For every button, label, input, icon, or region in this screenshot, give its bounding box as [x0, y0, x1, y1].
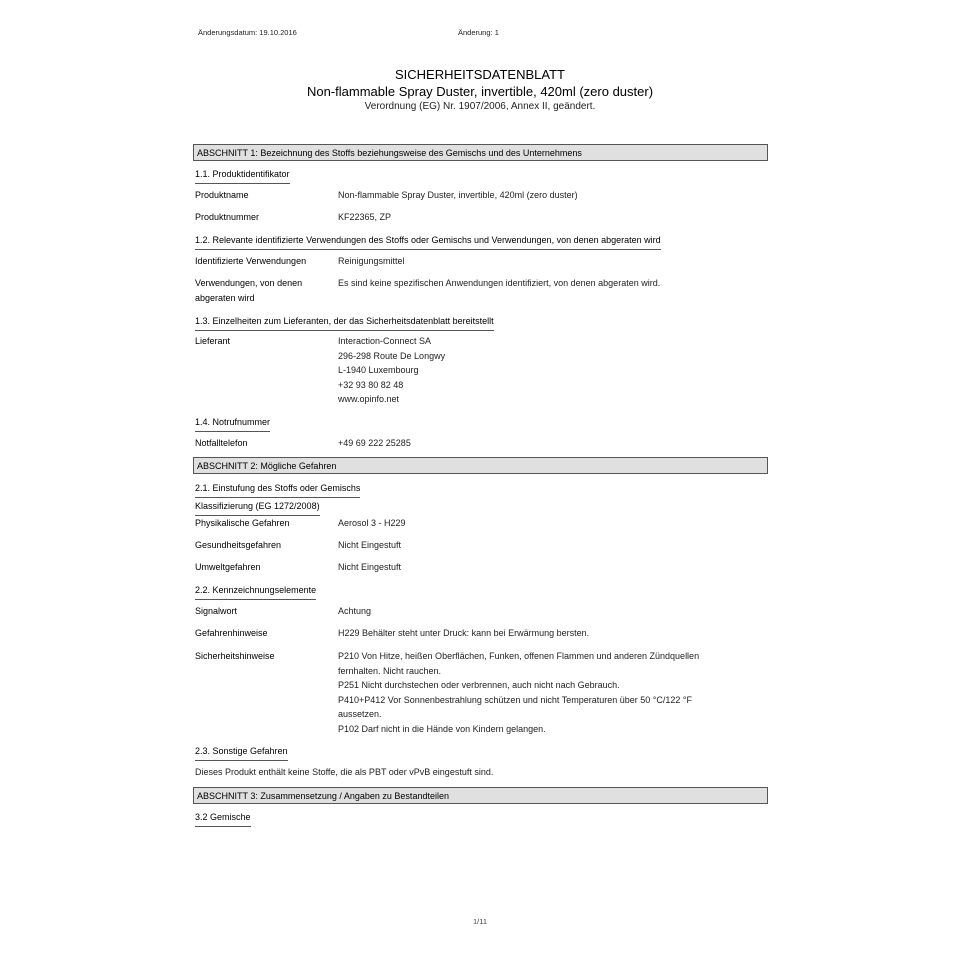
regulation: Verordnung (EG) Nr. 1907/2006, Annex II,… — [0, 100, 960, 114]
label: Produktnummer — [195, 210, 335, 225]
label: Produktname — [195, 188, 335, 203]
document-type: SICHERHEITSDATENBLATT — [0, 66, 960, 83]
title-block: SICHERHEITSDATENBLATT Non-flammable Spra… — [0, 66, 960, 114]
sonstige-gefahren-text: Dieses Produkt enthält keine Stoffe, die… — [195, 765, 493, 780]
page-number: 1/11 — [0, 917, 960, 926]
value: +49 69 222 25285 — [338, 436, 768, 451]
label: Notfalltelefon — [195, 436, 335, 451]
subsection-1-4: 1.4. Notrufnummer — [195, 415, 270, 432]
label: Verwendungen, von denenabgeraten wird — [195, 276, 335, 305]
value: Aerosol 3 - H229 — [338, 516, 768, 531]
label: Identifizierte Verwendungen — [195, 254, 335, 269]
label: Sicherheitshinweise — [195, 649, 335, 664]
subsection-1-1: 1.1. Produktidentifikator — [195, 167, 290, 184]
value: Nicht Eingestuft — [338, 538, 768, 553]
subsection-2-3: 2.3. Sonstige Gefahren — [195, 744, 288, 761]
value: P210 Von Hitze, heißen Oberflächen, Funk… — [338, 649, 768, 736]
supplier-address: Interaction-Connect SA 296-298 Route De … — [338, 334, 768, 407]
change-date: Änderungsdatum: 19.10.2016 — [198, 28, 297, 37]
subsection-2-1: 2.1. Einstufung des Stoffs oder Gemischs — [195, 481, 360, 498]
value: Es sind keine spezifischen Anwendungen i… — [338, 276, 768, 291]
label: Lieferant — [195, 334, 335, 349]
label: Umweltgefahren — [195, 560, 335, 575]
label: Gefahrenhinweise — [195, 626, 335, 641]
klassifizierung: Klassifizierung (EG 1272/2008) — [195, 499, 320, 516]
subsection-1-2: 1.2. Relevante identifizierte Verwendung… — [195, 233, 661, 250]
label: Physikalische Gefahren — [195, 516, 335, 531]
value: Reinigungsmittel — [338, 254, 768, 269]
value: Nicht Eingestuft — [338, 560, 768, 575]
value: Non-flammable Spray Duster, invertible, … — [338, 188, 768, 203]
section-1-header: ABSCHNITT 1: Bezeichnung des Stoffs bezi… — [193, 144, 768, 161]
label: Signalwort — [195, 604, 335, 619]
value: KF22365, ZP — [338, 210, 768, 225]
value: H229 Behälter steht unter Druck: kann be… — [338, 626, 768, 641]
label: Gesundheitsgefahren — [195, 538, 335, 553]
section-2-header: ABSCHNITT 2: Mögliche Gefahren — [193, 457, 768, 474]
section-3-header: ABSCHNITT 3: Zusammensetzung / Angaben z… — [193, 787, 768, 804]
subsection-3-2: 3.2 Gemische — [195, 810, 251, 827]
subsection-2-2: 2.2. Kennzeichnungselemente — [195, 583, 316, 600]
supplier-website[interactable]: www.opinfo.net — [338, 394, 399, 404]
subsection-1-3: 1.3. Einzelheiten zum Lieferanten, der d… — [195, 314, 494, 331]
revision: Änderung: 1 — [458, 28, 499, 37]
product-title: Non-flammable Spray Duster, invertible, … — [0, 83, 960, 100]
value: Achtung — [338, 604, 768, 619]
